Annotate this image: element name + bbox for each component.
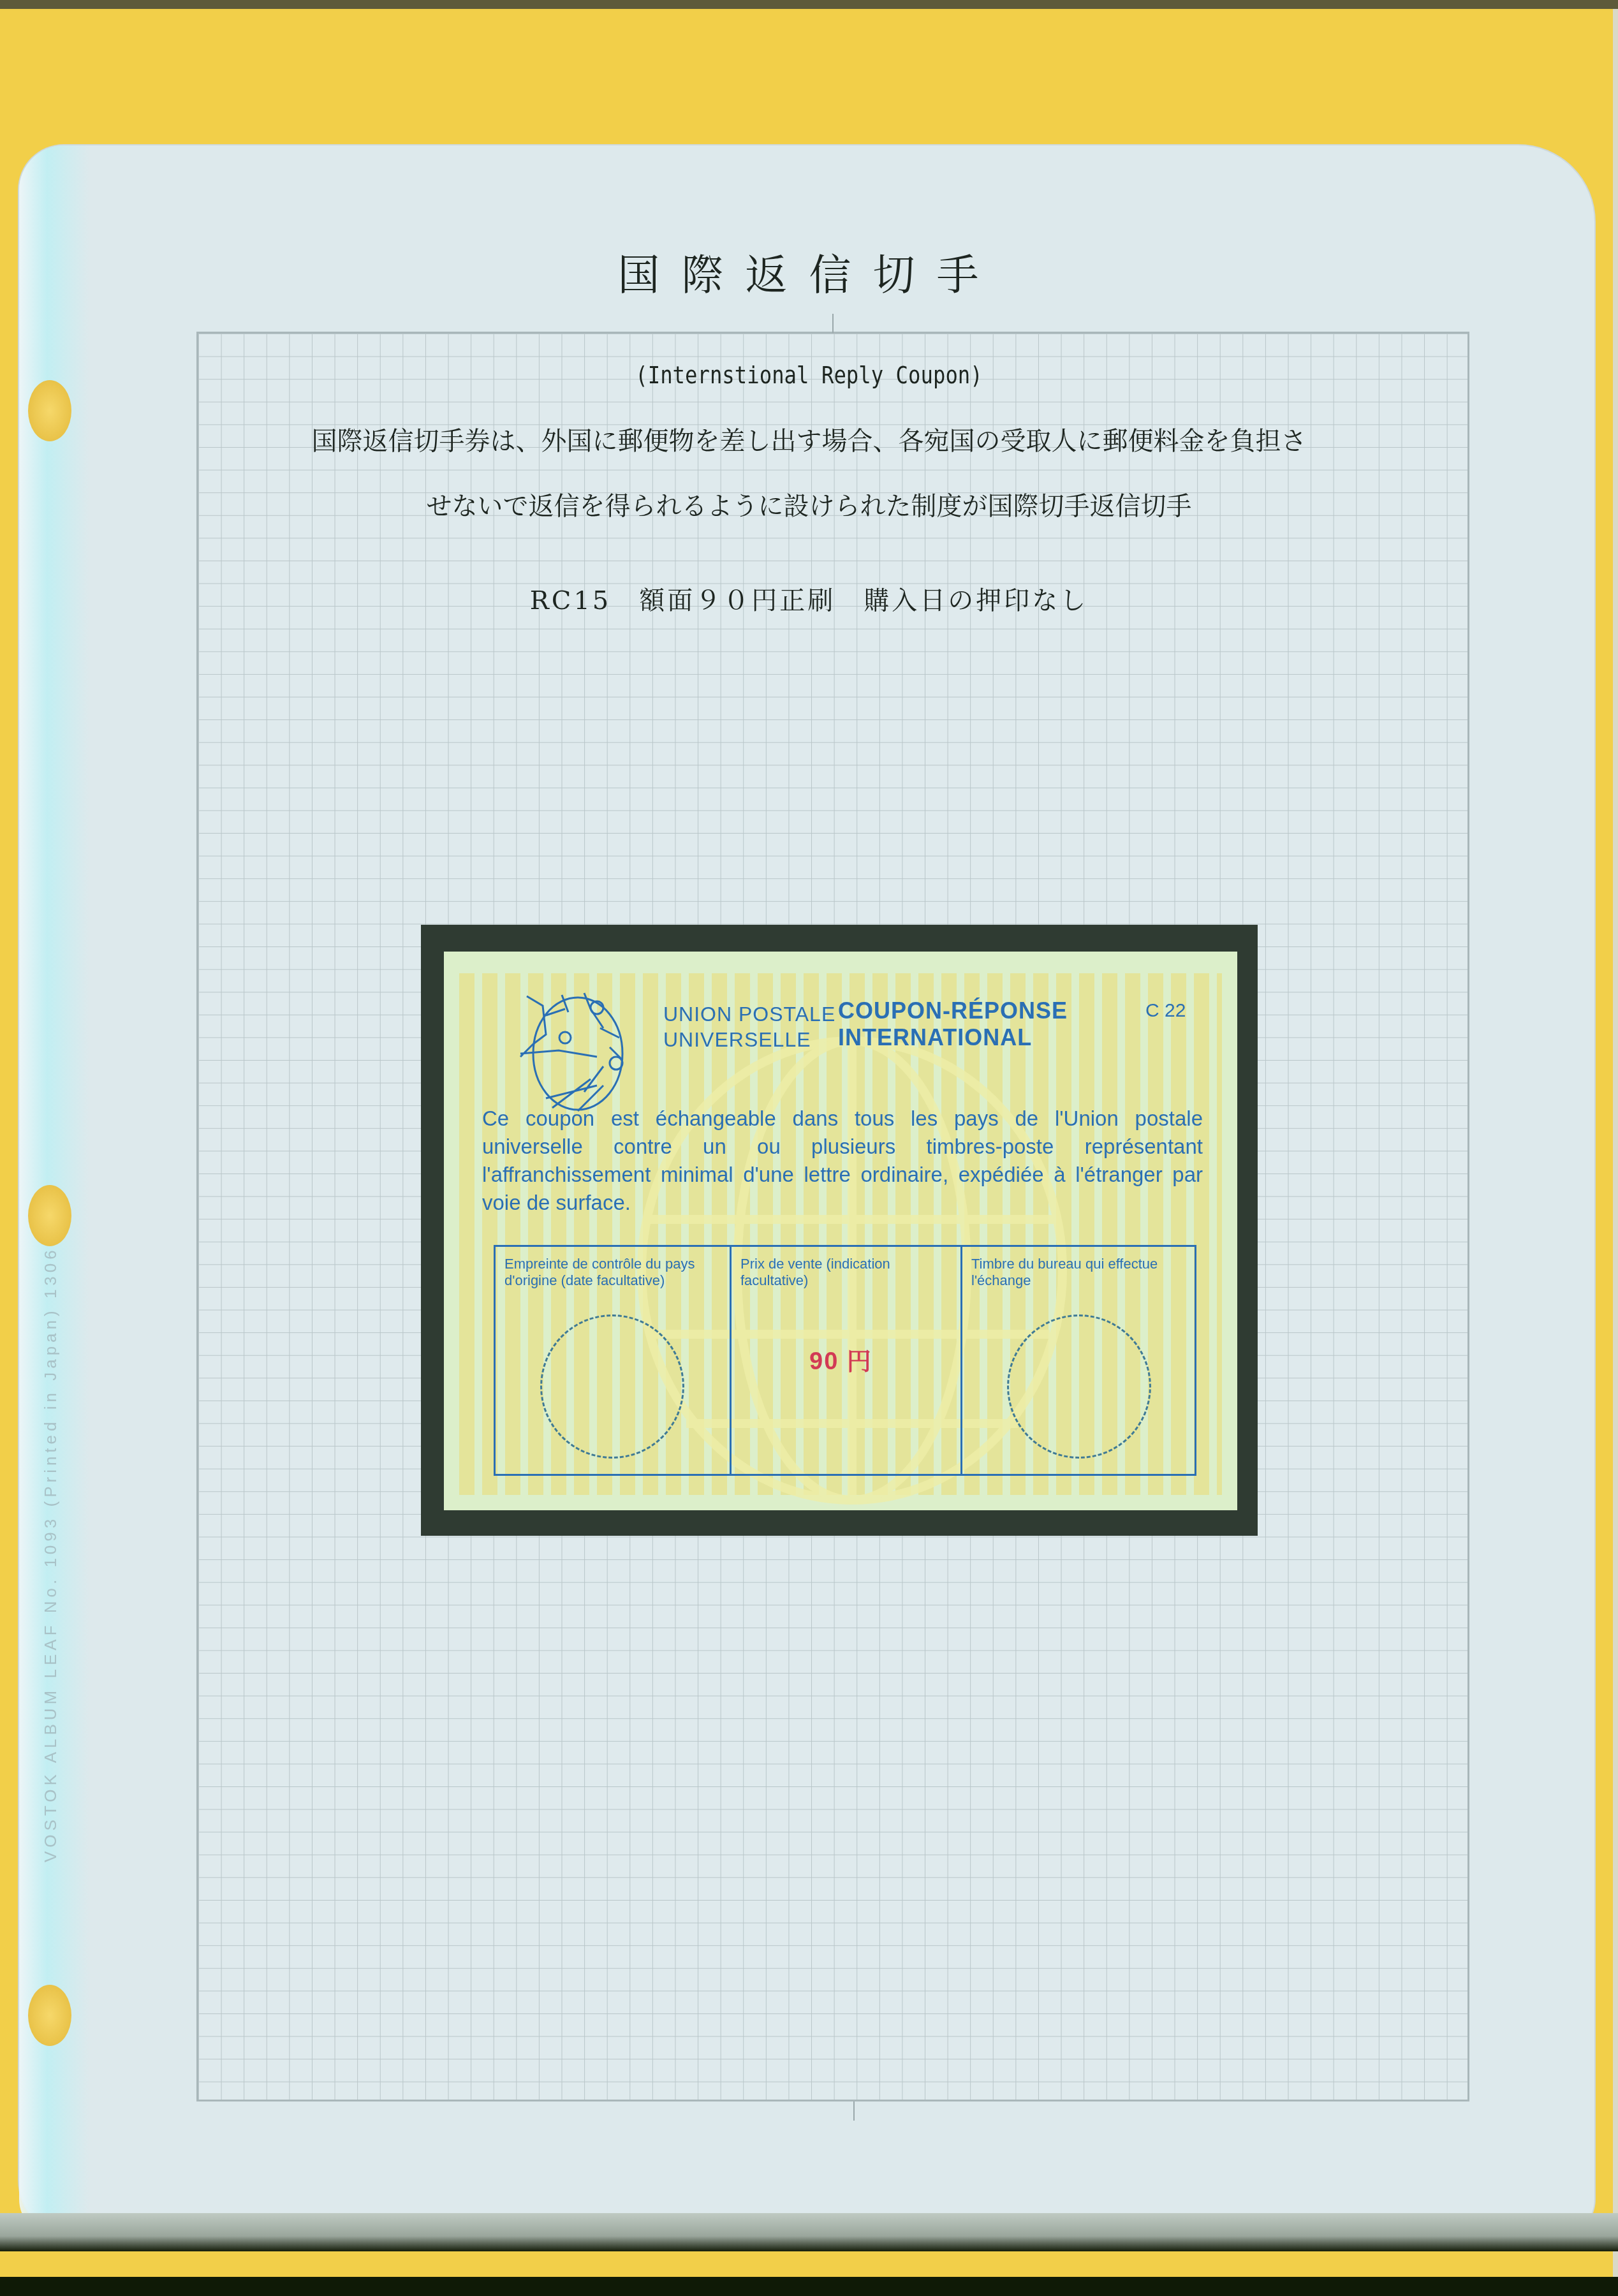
origin-stamp-box: Empreinte de contrôle du pays d'origine … — [496, 1247, 732, 1474]
coupon-boxes: Empreinte de contrôle du pays d'origine … — [494, 1245, 1196, 1476]
sleeve-bottom-edge — [0, 2213, 1618, 2251]
sale-price: 90 円 — [809, 1341, 872, 1376]
backing-top-edge — [0, 0, 1618, 9]
binder-hole — [28, 1185, 71, 1246]
coupon-title: COUPON-RÉPONSE INTERNATIONAL — [838, 997, 1068, 1051]
page-title: 国際返信切手 — [0, 241, 1618, 302]
coupon-title-line-1: COUPON-RÉPONSE — [838, 997, 1068, 1024]
issuer-line-2: UNIVERSELLE — [663, 1027, 835, 1052]
coupon-paragraph: Ce coupon est échangeable dans tous les … — [482, 1105, 1203, 1217]
coupon-code: C 22 — [1145, 1000, 1186, 1022]
box-label: Empreinte de contrôle du pays d'origine … — [504, 1256, 696, 1289]
reply-coupon: UNION POSTALE UNIVERSELLE COUPON-RÉPONSE… — [444, 952, 1237, 1510]
description-line-1: 国際返信切手券は、外国に郵便物を差し出す場合、各宛国の受取人に郵便料金を負担さ — [0, 421, 1618, 457]
coupon-title-line-2: INTERNATIONAL — [838, 1024, 1068, 1051]
center-tick-top — [832, 314, 834, 333]
page-subtitle: (Internstional Reply Coupon) — [121, 361, 1496, 389]
price-box: Prix de vente (indication facultative) 9… — [732, 1247, 962, 1474]
leaf-imprint: VOSTOK ALBUM LEAF No. 1093 (Printed in J… — [41, 1246, 61, 1862]
center-tick-bottom — [853, 2101, 855, 2121]
box-label: Timbre du bureau qui effectue l'échange — [971, 1256, 1163, 1289]
issuer-line-1: UNION POSTALE — [663, 1001, 835, 1027]
box-label: Prix de vente (indication facultative) — [740, 1256, 932, 1289]
dashed-postmark-circle — [1007, 1314, 1151, 1459]
exchange-office-box: Timbre du bureau qui effectue l'échange — [962, 1247, 1195, 1474]
issuer-name: UNION POSTALE UNIVERSELLE — [663, 1001, 835, 1052]
upu-globe-emblem-icon — [508, 990, 635, 1117]
binder-hole — [28, 1985, 71, 2046]
item-note: RC15 額面９０円正刷 購入日の押印なし — [0, 580, 1618, 617]
description-line-2: せないで返信を得られるように設けられた制度が国際切手返信切手 — [0, 486, 1618, 522]
dashed-postmark-circle — [540, 1314, 684, 1459]
